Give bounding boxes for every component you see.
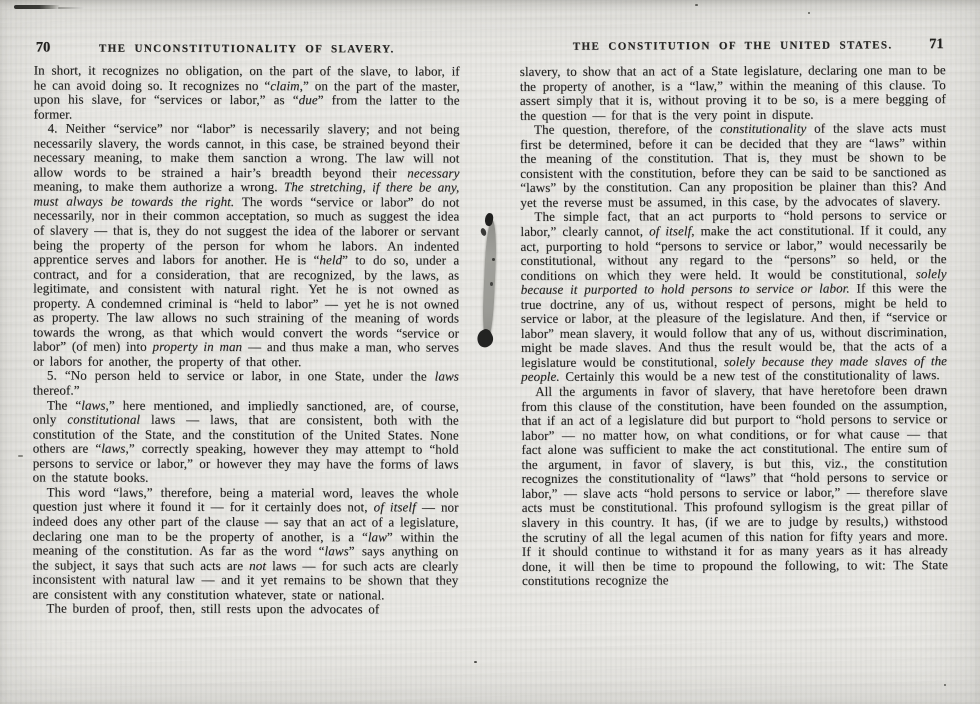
right-page-body: slavery, to show that an act of a State …: [520, 63, 948, 589]
left-page-number: 70: [36, 39, 51, 56]
left-page-body: In short, it recognizes no obligation, o…: [32, 63, 459, 617]
gutter-smudge-dot: [490, 282, 493, 286]
italic-text-segment: held: [319, 252, 342, 267]
text-segment: slavery, to show that an act of a State …: [520, 62, 946, 122]
gutter-smudge-artifact: [481, 220, 497, 342]
italic-text-segment: laws: [325, 543, 349, 558]
paragraph: 4. Neither “service” nor “labor” is nece…: [33, 122, 460, 370]
paragraph: The burden of proof, then, still rests u…: [32, 602, 458, 618]
gutter-smudge-fleck: [480, 227, 487, 236]
text-segment: meaning, to make them authorize a wrong.: [33, 179, 283, 195]
italic-text-segment: not: [249, 558, 266, 573]
gutter-smudge-top-blob: [484, 212, 495, 226]
italic-text-segment: property in man: [152, 339, 242, 354]
text-segment: The “: [47, 397, 81, 412]
right-running-head: THE CONSTITUTION OF THE UNITED STATES. 7…: [520, 39, 946, 57]
dust-speck: [18, 455, 23, 457]
right-page: THE CONSTITUTION OF THE UNITED STATES. 7…: [519, 0, 948, 704]
text-segment: The question, therefore, of the: [534, 121, 720, 137]
scanned-book-spread: 70 THE UNCONSTITUTIONALITY OF SLAVERY. I…: [0, 0, 980, 704]
italic-text-segment: laws: [435, 369, 459, 384]
italic-text-segment: claim: [270, 78, 299, 93]
italic-text-segment: laws: [81, 397, 105, 412]
paragraph: The “laws,” here mentioned, and impliedl…: [33, 398, 459, 486]
italic-text-segment: of itself: [649, 223, 691, 238]
gutter-smudge-dot: [492, 258, 495, 261]
text-segment: 4. Neither “service” nor “labor” is nece…: [33, 121, 459, 181]
right-page-number: 71: [929, 36, 944, 53]
paragraph: The question, therefore, of the constitu…: [520, 121, 946, 210]
paragraph: 5. “No person held to service or labor, …: [33, 369, 459, 399]
text-segment: All the arguments in favor of slavery, t…: [521, 382, 948, 588]
italic-text-segment: law: [368, 529, 387, 544]
left-page: 70 THE UNCONSTITUTIONALITY OF SLAVERY. I…: [32, 0, 460, 704]
italic-text-segment: constitutionality: [720, 121, 806, 136]
italic-text-segment: necessary: [407, 165, 459, 180]
italic-text-segment: due: [299, 92, 318, 107]
left-running-head-title: THE UNCONSTITUTIONALITY OF SLAVERY.: [34, 42, 460, 55]
text-segment: 5. “No person held to service or labor, …: [47, 368, 435, 384]
paragraph: slavery, to show that an act of a State …: [520, 63, 946, 123]
paragraph: This word “laws,” therefore, being a mat…: [32, 485, 458, 602]
gutter-smudge-bottom-blob: [474, 327, 496, 350]
left-running-head: 70 THE UNCONSTITUTIONALITY OF SLAVERY.: [34, 42, 460, 59]
text-segment: thereof.”: [33, 382, 80, 397]
paragraph: In short, it recognizes no obligation, o…: [34, 63, 460, 122]
paragraph: All the arguments in favor of slavery, t…: [521, 383, 948, 589]
italic-text-segment: constitutional: [67, 412, 140, 427]
paragraph: The simple fact, that an act purports to…: [520, 209, 947, 385]
dust-speck: [474, 661, 477, 663]
text-segment: The burden of proof, then, still rests u…: [46, 601, 379, 617]
italic-text-segment: of itself: [374, 500, 416, 515]
italic-text-segment: laws: [101, 441, 125, 456]
right-running-head-title: THE CONSTITUTION OF THE UNITED STATES.: [520, 39, 946, 53]
